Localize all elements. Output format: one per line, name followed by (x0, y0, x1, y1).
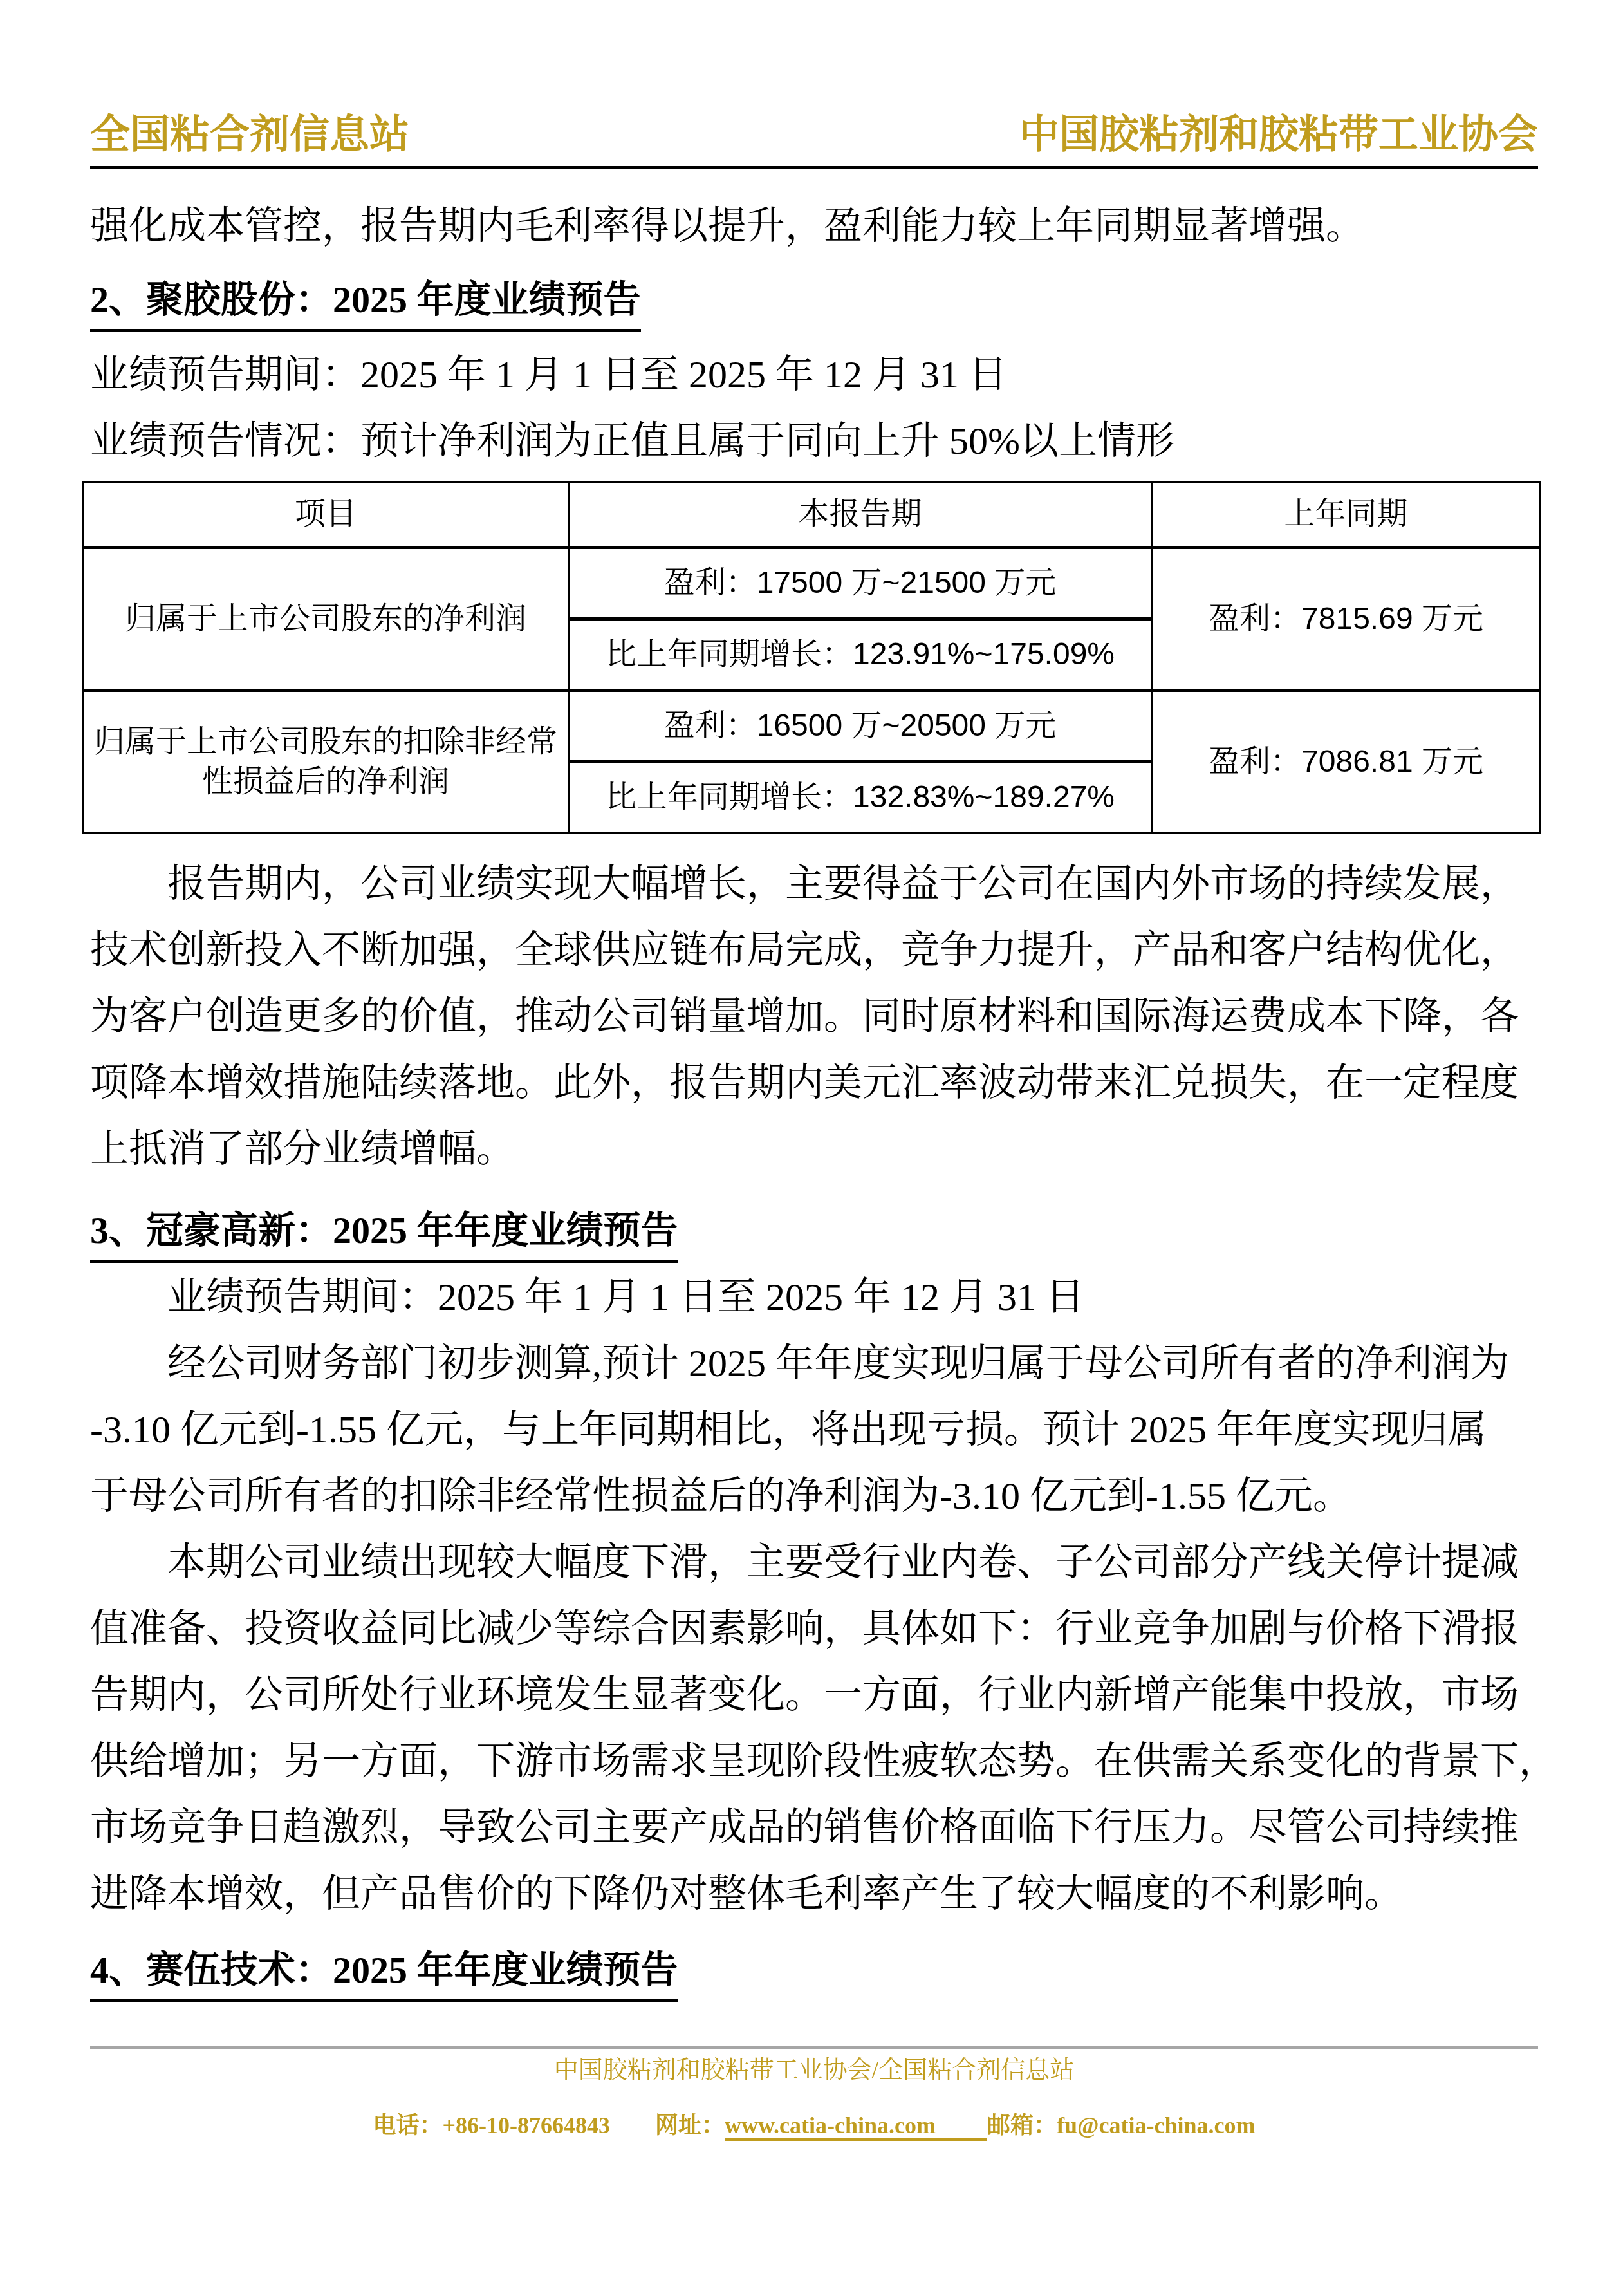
paragraph-line: 市场竞争日趋激烈，导致公司主要产成品的销售价格面临下行压力。尽管公司持续推 (90, 1795, 1538, 1861)
paragraph-line: 告期内，公司所处行业环境发生显著变化。一方面，行业内新增产能集中投放，市场 (90, 1662, 1538, 1728)
masthead-right-title: 中国胶粘剂和胶粘带工业协会 (1019, 109, 1538, 161)
section-2-paragraph: 报告期内，公司业绩实现大幅增长，主要得益于公司在国内外市场的持续发展，技术创新投… (90, 851, 1538, 1182)
performance-table: 项目 本报告期 上年同期 归属于上市公司股东的净利润 盈利：17500 万~21… (82, 481, 1541, 834)
paragraph-line: 于母公司所有者的扣除非经常性损益后的净利润为-3.10 亿元到-1.55 亿元。 (90, 1463, 1538, 1529)
footer-phone-number: +86-10-87664843 (443, 2113, 611, 2138)
section-4-heading: 4、赛伍技术：2025 年年度业绩预告 (90, 1948, 1538, 2002)
intro-line: 强化成本管控，报告期内毛利率得以提升，盈利能力较上年同期显著增强。 (90, 193, 1538, 259)
section-2-heading: 2、聚胶股份：2025 年度业绩预告 (90, 277, 1538, 332)
paragraph-line: 报告期内，公司业绩实现大幅增长，主要得益于公司在国内外市场的持续发展， (90, 851, 1538, 917)
footer-org-line: 中国胶粘剂和胶粘带工业协会/全国粘合剂信息站 (90, 2054, 1538, 2086)
footer-email-address: fu@catia-china.com (1057, 2113, 1255, 2138)
table-cell-growth-1: 比上年同期增长：123.91%~175.09% (569, 619, 1152, 691)
paragraph-line: 值准备、投资收益同比减少等综合因素影响，具体如下：行业竞争加剧与价格下滑报 (90, 1596, 1538, 1662)
paragraph-line: -3.10 亿元到-1.55 亿元，与上年同期相比，将出现亏损。预计 2025 … (90, 1397, 1538, 1463)
document-page: 全国粘合剂信息站 中国胶粘剂和胶粘带工业协会 强化成本管控，报告期内毛利率得以提… (0, 0, 1623, 2296)
section-4-heading-text: 4、赛伍技术：2025 年年度业绩预告 (90, 1948, 678, 2002)
table-cell-profit-1: 盈利：17500 万~21500 万元 (569, 548, 1152, 619)
table-cell-growth-2: 比上年同期增长：132.83%~189.27% (569, 762, 1152, 834)
footer-website-label: 网址： (655, 2113, 725, 2138)
footer-contact-line: 电话：+86-10-87664843网址：www.catia-china.com… (90, 2109, 1538, 2142)
table-row: 归属于上市公司股东的扣除非经常性损益后的净利润 盈利：16500 万~20500… (83, 691, 1541, 762)
table-header-row: 项目 本报告期 上年同期 (83, 482, 1541, 548)
section-3-paragraph-1: 经公司财务部门初步测算,预计 2025 年年度实现归属于母公司所有者的净利润为-… (90, 1330, 1538, 1529)
section-2-period-line: 业绩预告期间：2025 年 1 月 1 日至 2025 年 12 月 31 日 (90, 342, 1538, 408)
section-3-period-line: 业绩预告期间：2025 年 1 月 1 日至 2025 年 12 月 31 日 (90, 1264, 1538, 1330)
paragraph-line: 上抵消了部分业绩增幅。 (90, 1116, 1538, 1182)
table-header-item: 项目 (83, 482, 569, 548)
table-header-current-period: 本报告期 (569, 482, 1152, 548)
table-cell-item-1: 归属于上市公司股东的净利润 (83, 548, 569, 691)
footer-divider (90, 2046, 1538, 2049)
footer-website-link[interactable]: www.catia-china.com (725, 2113, 987, 2141)
footer-phone-label: 电话： (373, 2113, 443, 2138)
footer-email-label: 邮箱： (987, 2113, 1057, 2138)
table-header-prior-period: 上年同期 (1152, 482, 1541, 548)
header-divider (90, 166, 1538, 169)
paragraph-line: 经公司财务部门初步测算,预计 2025 年年度实现归属于母公司所有者的净利润为 (90, 1330, 1538, 1397)
paragraph-line: 技术创新投入不断加强，全球供应链布局完成，竞争力提升，产品和客户结构优化， (90, 917, 1538, 984)
paragraph-line: 本期公司业绩出现较大幅度下滑，主要受行业内卷、子公司部分产线关停计提减 (90, 1529, 1538, 1596)
section-3-heading: 3、冠豪高新：2025 年年度业绩预告 (90, 1208, 1538, 1263)
table-cell-profit-2: 盈利：16500 万~20500 万元 (569, 691, 1152, 762)
section-2-situation-line: 业绩预告情况：预计净利润为正值且属于同向上升 50%以上情形 (90, 408, 1538, 474)
masthead: 全国粘合剂信息站 中国胶粘剂和胶粘带工业协会 (90, 109, 1538, 161)
table-row: 归属于上市公司股东的净利润 盈利：17500 万~21500 万元 盈利：781… (83, 548, 1541, 619)
paragraph-line: 进降本增效，但产品售价的下降仍对整体毛利率产生了较大幅度的不利影响。 (90, 1861, 1538, 1927)
paragraph-line: 供给增加；另一方面，下游市场需求呈现阶段性疲软态势。在供需关系变化的背景下， (90, 1728, 1538, 1795)
section-3-heading-text: 3、冠豪高新：2025 年年度业绩预告 (90, 1208, 678, 1263)
paragraph-line: 项降本增效措施陆续落地。此外，报告期内美元汇率波动带来汇兑损失，在一定程度 (90, 1050, 1538, 1116)
table-cell-item-2: 归属于上市公司股东的扣除非经常性损益后的净利润 (83, 691, 569, 834)
section-3-paragraph-2: 本期公司业绩出现较大幅度下滑，主要受行业内卷、子公司部分产线关停计提减值准备、投… (90, 1529, 1538, 1927)
section-2-heading-text: 2、聚胶股份：2025 年度业绩预告 (90, 277, 641, 332)
paragraph-line: 为客户创造更多的价值，推动公司销量增加。同时原材料和国际海运费成本下降，各 (90, 984, 1538, 1050)
masthead-left-title: 全国粘合剂信息站 (90, 109, 409, 161)
table-cell-prior-2: 盈利：7086.81 万元 (1152, 691, 1541, 834)
table-cell-prior-1: 盈利：7815.69 万元 (1152, 548, 1541, 691)
